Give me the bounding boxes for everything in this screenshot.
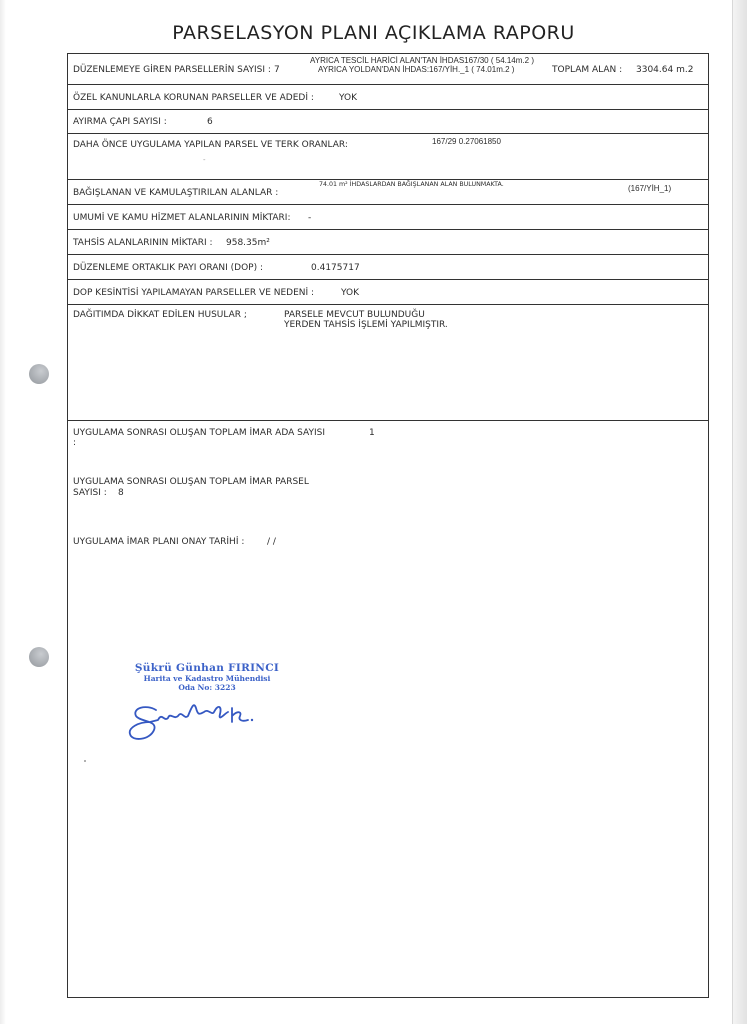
donated-areas-label: BAĞIŞLANAN VE KAMULAŞTIRILAN ALANLAR : xyxy=(73,188,278,198)
row-parcel-count: DÜZENLEMEYE GİREN PARSELLERİN SAYISI : 7… xyxy=(68,54,708,85)
scan-left-edge xyxy=(0,0,6,1024)
dop-ratio-value: 0.4175717 xyxy=(311,263,360,273)
distribution-notes-line-1: PARSELE MEVCUT BULUNDUĞU xyxy=(284,310,425,320)
report-table: DÜZENLEMEYE GİREN PARSELLERİN SAYISI : 7… xyxy=(67,53,709,998)
signature xyxy=(128,700,268,746)
parcel-count-note-1: AYRICA TESCİL HARİCİ ALAN'TAN İHDAS167/3… xyxy=(310,56,534,65)
total-area-label: TOPLAM ALAN : xyxy=(552,65,622,75)
row-distribution-notes: DAĞITIMDA DİKKAT EDİLEN HUSULAR ; PARSEL… xyxy=(68,305,708,421)
row-protected-parcels: ÖZEL KANUNLARLA KORUNAN PARSELLER VE ADE… xyxy=(68,85,708,110)
total-area-value: 3304.64 m.2 xyxy=(636,65,693,75)
row-donated-areas: BAĞIŞLANAN VE KAMULAŞTIRILAN ALANLAR : 7… xyxy=(68,180,708,205)
previous-application-label: DAHA ÖNCE UYGULAMA YAPILAN PARSEL VE TER… xyxy=(73,140,348,150)
parcel-count-value: 7 xyxy=(274,65,280,75)
allocation-areas-label: TAHSİS ALANLARININ MİKTARI : xyxy=(73,238,213,248)
parcel-count-label: DÜZENLEMEYE GİREN PARSELLERİN SAYISI : xyxy=(73,65,271,75)
row-allocation-areas: TAHSİS ALANLARININ MİKTARI : 958.35m² xyxy=(68,230,708,255)
public-service-areas-value: - xyxy=(308,213,311,223)
final-parcel-count-label-2: SAYISI : xyxy=(73,488,107,498)
previous-application-value: 167/29 0.27061850 xyxy=(432,137,501,146)
scan-right-edge xyxy=(732,0,747,1024)
row-separation-count: AYIRMA ÇAPI SAYISI : 6 xyxy=(68,110,708,134)
document-title: PARSELASYON PLANI AÇIKLAMA RAPORU xyxy=(0,22,747,44)
final-parcel-count-label-1: UYGULAMA SONRASI OLUŞAN TOPLAM İMAR PARS… xyxy=(73,477,309,487)
public-service-areas-label: UMUMİ VE KAMU HİZMET ALANLARININ MİKTARI… xyxy=(73,213,291,223)
dop-exempt-value: YOK xyxy=(341,288,359,298)
previous-application-mark: - xyxy=(203,156,206,164)
approval-date-value: / / xyxy=(267,537,276,547)
scan-speck xyxy=(84,760,86,762)
engineer-role: Harita ve Kadastro Mühendisi xyxy=(122,674,292,683)
separation-count-label: AYIRMA ÇAPI SAYISI : xyxy=(73,117,167,127)
punch-hole-bottom xyxy=(29,647,49,667)
distribution-notes-line-2: YERDEN TAHSİS İŞLEMİ YAPILMIŞTIR. xyxy=(284,320,448,330)
approval-date-label: UYGULAMA İMAR PLANI ONAY TARİHİ : xyxy=(73,537,244,547)
final-parcel-count-value: 8 xyxy=(118,488,124,498)
row-dop-exempt: DOP KESİNTİSİ YAPILAMAYAN PARSELLER VE N… xyxy=(68,280,708,305)
block-count-label: UYGULAMA SONRASI OLUŞAN TOPLAM İMAR ADA … xyxy=(73,428,325,438)
engineer-stamp: Şükrü Günhan FIRINCI Harita ve Kadastro … xyxy=(122,662,292,692)
block-count-value: 1 xyxy=(369,428,375,438)
donated-areas-ref: (167/YİH_1) xyxy=(628,184,671,193)
row-previous-application: DAHA ÖNCE UYGULAMA YAPILAN PARSEL VE TER… xyxy=(68,134,708,180)
block-count-colon: : xyxy=(73,438,76,448)
row-dop-ratio: DÜZENLEME ORTAKLIK PAYI ORANI (DOP) : 0.… xyxy=(68,255,708,280)
engineer-name: Şükrü Günhan FIRINCI xyxy=(122,662,292,674)
protected-parcels-label: ÖZEL KANUNLARLA KORUNAN PARSELLER VE ADE… xyxy=(73,93,314,103)
allocation-areas-value: 958.35m² xyxy=(226,238,270,248)
separation-count-value: 6 xyxy=(207,117,213,127)
punch-hole-top xyxy=(29,364,49,384)
donated-areas-note: 74.01 m² İHDASLARDAN BAĞIŞLANAN ALAN BUL… xyxy=(319,181,504,188)
parcel-count-note-2: AYRICA YOLDAN'DAN İHDAS:167/YİH._1 ( 74.… xyxy=(318,65,514,74)
protected-parcels-value: YOK xyxy=(339,93,357,103)
dop-exempt-label: DOP KESİNTİSİ YAPILAMAYAN PARSELLER VE N… xyxy=(73,288,314,298)
row-public-service-areas: UMUMİ VE KAMU HİZMET ALANLARININ MİKTARI… xyxy=(68,205,708,230)
dop-ratio-label: DÜZENLEME ORTAKLIK PAYI ORANI (DOP) : xyxy=(73,263,263,273)
chamber-number: Oda No: 3223 xyxy=(122,683,292,692)
distribution-notes-label: DAĞITIMDA DİKKAT EDİLEN HUSULAR ; xyxy=(73,310,247,320)
